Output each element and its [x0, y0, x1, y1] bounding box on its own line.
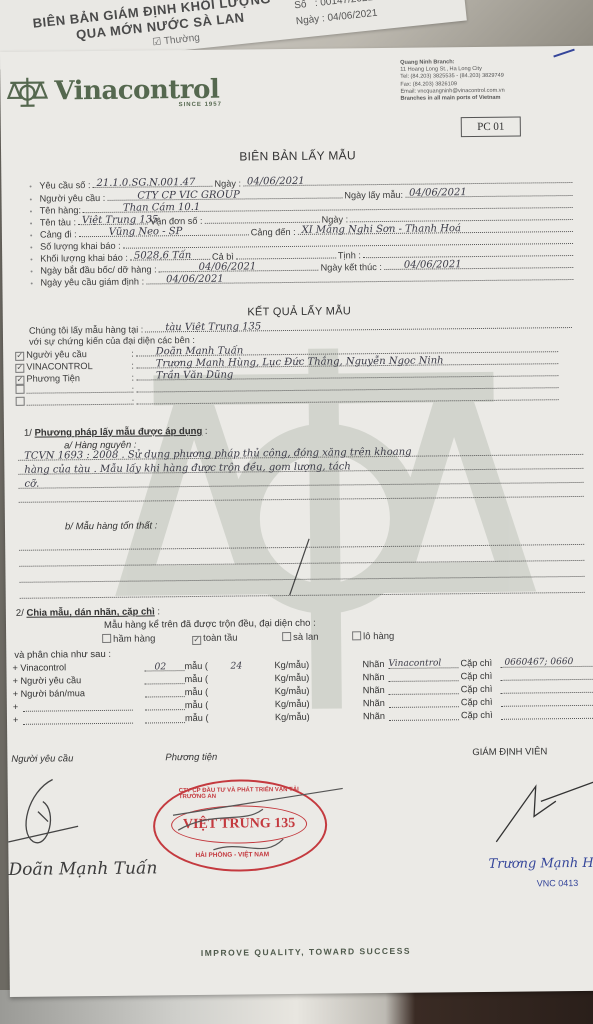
split-kg-unit: Kg/mẫu): [275, 673, 310, 683]
requester-value: CTY CP VIC GROUP: [137, 189, 240, 201]
split-label-field[interactable]: Vinacontrol: [388, 658, 458, 669]
split-label-word: Nhãn: [363, 698, 385, 708]
split-kg-value: 24: [230, 660, 242, 671]
net-label: Tịnh :: [338, 250, 361, 260]
witness-checkbox[interactable]: ✓: [15, 364, 24, 373]
split-label-field[interactable]: [389, 684, 459, 695]
split-seal-field[interactable]: [501, 709, 593, 720]
split-unit: mẫu (: [185, 687, 209, 697]
split-kg-unit: Kg/mẫu): [275, 686, 310, 696]
start-date-label: Ngày bắt đầu bốc/ dỡ hàng :: [40, 264, 156, 275]
split-seal-field[interactable]: [501, 683, 593, 694]
split-seal-field[interactable]: [501, 696, 593, 707]
split-seal-word: Cặp chì: [461, 684, 493, 694]
bullet: •: [29, 184, 39, 191]
sampled-at-value: tàu Việt Trung 135: [165, 321, 261, 333]
split-label-word: Nhãn: [363, 672, 385, 682]
split-unit: mẫu (: [184, 661, 208, 671]
represent-option[interactable]: ✓toàn tầu: [192, 633, 237, 645]
sampling-date-label: Ngày lấy mẫu:: [344, 190, 403, 201]
back-sheet-checkbox: ☑ Thường: [152, 32, 200, 48]
represent-option[interactable]: hầm hàng: [102, 633, 155, 645]
represent-option[interactable]: sà lan: [282, 632, 318, 643]
inspector-code: VNC 0413: [537, 878, 579, 888]
colon: :: [131, 361, 134, 371]
option-label: hầm hàng: [113, 633, 155, 644]
vessel-label: Tên tàu :: [40, 217, 76, 227]
witness-name-field[interactable]: Trương Mạnh Hùng, Lục Đức Thắng, Nguyễn …: [136, 355, 559, 368]
declared-qty-label: Số lượng khai báo :: [40, 241, 121, 252]
port-to-field[interactable]: XI Măng Nghi Sơn - Thanh Hoá: [298, 223, 573, 235]
goods-label: Tên hàng:: [40, 205, 81, 215]
end-date-value: 04/06/2021: [404, 259, 462, 271]
branch-info: Quang Ninh Branch: 11 Hoang Long St., Ha…: [400, 59, 505, 103]
split-qty-field[interactable]: [145, 674, 185, 684]
split-label-word: Nhãn: [363, 685, 385, 695]
bullet: •: [30, 233, 40, 240]
split-label-value: Vinacontrol: [388, 658, 441, 669]
date-value: : 04/06/2021: [321, 8, 377, 25]
witness-checkbox[interactable]: [16, 397, 25, 406]
split-party: + Người yêu cầu: [13, 675, 82, 686]
bullet: •: [30, 197, 40, 204]
bullet: •: [30, 221, 40, 228]
split-seal-field[interactable]: 0660467; 0660: [500, 657, 593, 668]
split-label-word: Nhãn: [363, 711, 385, 721]
split-party-field[interactable]: [23, 714, 133, 725]
request-date-value: 04/06/2021: [247, 176, 305, 188]
requester-label: Người yêu cầu :: [39, 193, 105, 204]
end-date-label: Ngày kết thúc :: [321, 262, 382, 273]
split-label-word: Nhãn: [362, 659, 384, 669]
bullet: •: [30, 257, 40, 264]
split-label-field[interactable]: [389, 710, 459, 721]
inspection-date-value: 04/06/2021: [166, 274, 224, 286]
section1-number: 1/: [24, 428, 32, 439]
declared-weight-field[interactable]: 5028,6 Tấn: [130, 251, 210, 261]
witness-party-label: [26, 384, 131, 394]
split-qty-field[interactable]: [145, 687, 185, 697]
represent-option[interactable]: lô hàng: [352, 631, 394, 642]
sampled-at-field[interactable]: tàu Việt Trung 135: [145, 319, 572, 332]
inspector-sign-label: GIÁM ĐỊNH VIÊN: [472, 746, 547, 758]
split-qty-value: 02: [154, 661, 166, 671]
method-line-text: cỡ.: [24, 479, 39, 490]
mixed-text: Mẫu hàng kể trên đã được trộn đều, đại d…: [104, 618, 316, 631]
section1-title: Phương pháp lấy mẫu được áp dụng: [35, 426, 203, 439]
witness-party-label: VINACONTROL: [26, 361, 131, 372]
option-label: toàn tầu: [203, 633, 237, 644]
pen-mark: [553, 49, 574, 58]
witness-name-value: Trần Văn Dũng: [156, 370, 233, 382]
split-party-field[interactable]: [23, 701, 133, 712]
scale-logo-icon: [6, 75, 48, 107]
sampling-date-value: 04/06/2021: [409, 187, 467, 199]
split-party: +: [13, 702, 18, 712]
declared-weight-label: Khối lượng khai báo :: [40, 253, 128, 264]
witness-checkbox[interactable]: [15, 385, 24, 394]
split-label-field[interactable]: [389, 697, 459, 708]
witness-name-field[interactable]: Trần Văn Dũng: [136, 367, 559, 380]
split-label: và phân chia như sau :: [14, 649, 111, 661]
number-label: Số: [294, 0, 307, 11]
witness-name-value: Doãn Mạnh Tuấn: [156, 345, 244, 357]
inspector-name-stamp: Trương Mạnh Hùng: [488, 856, 593, 872]
requester-handwritten-name: Doãn Mạnh Tuấn: [8, 858, 157, 880]
split-kg-unit: Kg/mẫu): [275, 712, 310, 722]
split-qty-field[interactable]: 02: [144, 661, 184, 671]
result-title: KẾT QUẢ LẤY MẪU: [3, 303, 593, 321]
split-qty-field[interactable]: [145, 700, 185, 710]
date-label: Ngày: [295, 14, 319, 27]
witness-label: với sự chứng kiến của đại diện các bên :: [29, 335, 195, 347]
bullet: •: [30, 209, 40, 216]
vessel-value: Việt Trung 135: [82, 214, 158, 226]
goods-value: Than Cám 10.1: [123, 202, 200, 214]
option-label: lô hàng: [363, 631, 394, 642]
witness-checkbox[interactable]: ✓: [15, 376, 24, 385]
option-checkbox[interactable]: [352, 631, 361, 640]
split-party: + Người bán/mua: [13, 688, 85, 699]
colon: :: [132, 397, 135, 407]
port-from-value: Vũng Neo - SP: [109, 226, 183, 238]
request-date-label: Ngày :: [214, 178, 241, 188]
witness-party-label: Phương Tiện: [26, 373, 131, 384]
witness-party-label: [27, 396, 132, 406]
port-from-label: Cảng đi :: [40, 229, 77, 239]
requester-signature: [8, 771, 129, 862]
branch-line: Tel: (84.203) 3825535 - (84.203) 3829749: [400, 73, 504, 81]
end-date-field[interactable]: 04/06/2021: [384, 259, 573, 270]
form-code-box: PC 01: [461, 117, 521, 138]
vessel-field[interactable]: Việt Trung 135: [78, 215, 148, 225]
back-sheet-date: Ngày : 04/06/2021: [295, 8, 377, 27]
logo-since: SINCE 1957: [179, 102, 222, 108]
bullet: •: [30, 269, 40, 276]
request-date-field[interactable]: 04/06/2021: [243, 174, 572, 186]
document-title: BIÊN BẢN LẤY MẪU: [1, 146, 593, 166]
branch-line: Branches in all main ports of Vietnam: [400, 95, 504, 103]
witness-name-value: Trương Mạnh Hùng, Lục Đức Thắng, Nguyễn …: [156, 355, 444, 369]
option-checkbox[interactable]: [102, 634, 111, 643]
bullet: •: [30, 245, 40, 252]
request-no-value: 21.1.0.SG.N.001.47: [96, 177, 195, 189]
requester-sign-label: Người yêu cầu: [11, 753, 73, 765]
split-unit: mẫu (: [185, 674, 209, 684]
requester-field[interactable]: CTY CP VIC GROUP: [107, 189, 342, 200]
bl-date-field[interactable]: [350, 211, 573, 222]
section2-title: Chia mẫu, dán nhãn, cặp chì: [26, 606, 154, 618]
section1-heading: 1/ Phương pháp lấy mẫu được áp dụng :: [24, 426, 208, 439]
request-no-label: Yêu cầu số :: [39, 180, 90, 191]
vehicle-sign-label: Phương tiện: [165, 752, 217, 764]
logo-text: Vinacontrol: [54, 77, 219, 105]
colon: :: [131, 385, 134, 395]
gross-label: Cả bì: [212, 252, 234, 262]
option-checkbox[interactable]: [282, 632, 291, 641]
declared-weight-value: 5028,6 Tấn: [134, 250, 192, 262]
section2-number: 2/: [16, 608, 24, 619]
footer-slogan: IMPROVE QUALITY, TOWARD SUCCESS: [9, 944, 593, 960]
inspection-date-label: Ngày yêu cầu giám định :: [40, 277, 144, 288]
sampling-date-field[interactable]: 04/06/2021: [405, 187, 573, 198]
bl-field[interactable]: [204, 214, 319, 224]
section1b-label: b/ Mẫu hàng tổn thất :: [65, 520, 158, 532]
inspection-date-field[interactable]: 04/06/2021: [146, 271, 573, 284]
split-seal-word: Cặp chì: [461, 710, 493, 720]
port-to-label: Cảng đến :: [251, 227, 296, 237]
section2-heading: 2/ Chia mẫu, dán nhãn, cặp chì :: [16, 606, 160, 619]
inspector-signature: [496, 766, 593, 847]
witness-checkbox[interactable]: ✓: [15, 352, 24, 361]
colon: :: [131, 373, 134, 383]
split-seal-word: Cặp chì: [461, 697, 493, 707]
witness-name-field[interactable]: Doãn Mạnh Tuấn: [136, 343, 559, 356]
split-kg-unit: Kg/mẫu): [274, 660, 309, 670]
request-no-field[interactable]: 21.1.0.SG.N.001.47: [92, 178, 212, 188]
option-label: sà lan: [293, 632, 318, 643]
split-unit: mẫu (: [185, 713, 209, 723]
bullet: •: [30, 281, 40, 288]
split-seal-word: Cặp chì: [460, 658, 492, 668]
split-party: + Vinacontrol: [12, 662, 66, 673]
split-seal-word: Cặp chì: [461, 671, 493, 681]
port-from-field[interactable]: Vũng Neo - SP: [79, 226, 249, 237]
sampled-at-label: Chúng tôi lấy mẫu hàng tại :: [29, 325, 144, 336]
split-label-field[interactable]: [389, 671, 459, 682]
option-checkbox[interactable]: ✓: [192, 636, 201, 645]
split-qty-field[interactable]: [145, 713, 185, 723]
gross-field[interactable]: [236, 249, 336, 259]
start-date-value: 04/06/2021: [199, 261, 257, 273]
split-seal-field[interactable]: [501, 670, 593, 681]
witness-party-label: Người yêu cầu: [26, 349, 131, 360]
split-unit: mẫu (: [185, 700, 209, 710]
port-to-value: XI Măng Nghi Sơn - Thanh Hoá: [302, 223, 461, 236]
colon: :: [131, 349, 134, 359]
bl-date-label: Ngày :: [322, 214, 349, 224]
net-field[interactable]: [363, 247, 573, 258]
start-date-field[interactable]: 04/06/2021: [159, 262, 319, 273]
vehicle-signature: [153, 778, 354, 870]
split-seal-value: 0660467; 0660: [504, 657, 573, 668]
split-party: +: [13, 715, 18, 725]
cross-out-stroke: [285, 539, 316, 599]
split-kg-unit: Kg/mẫu): [275, 699, 310, 709]
document-sheet: Vinacontrol SINCE 1957 Quang Ninh Branch…: [0, 46, 593, 997]
